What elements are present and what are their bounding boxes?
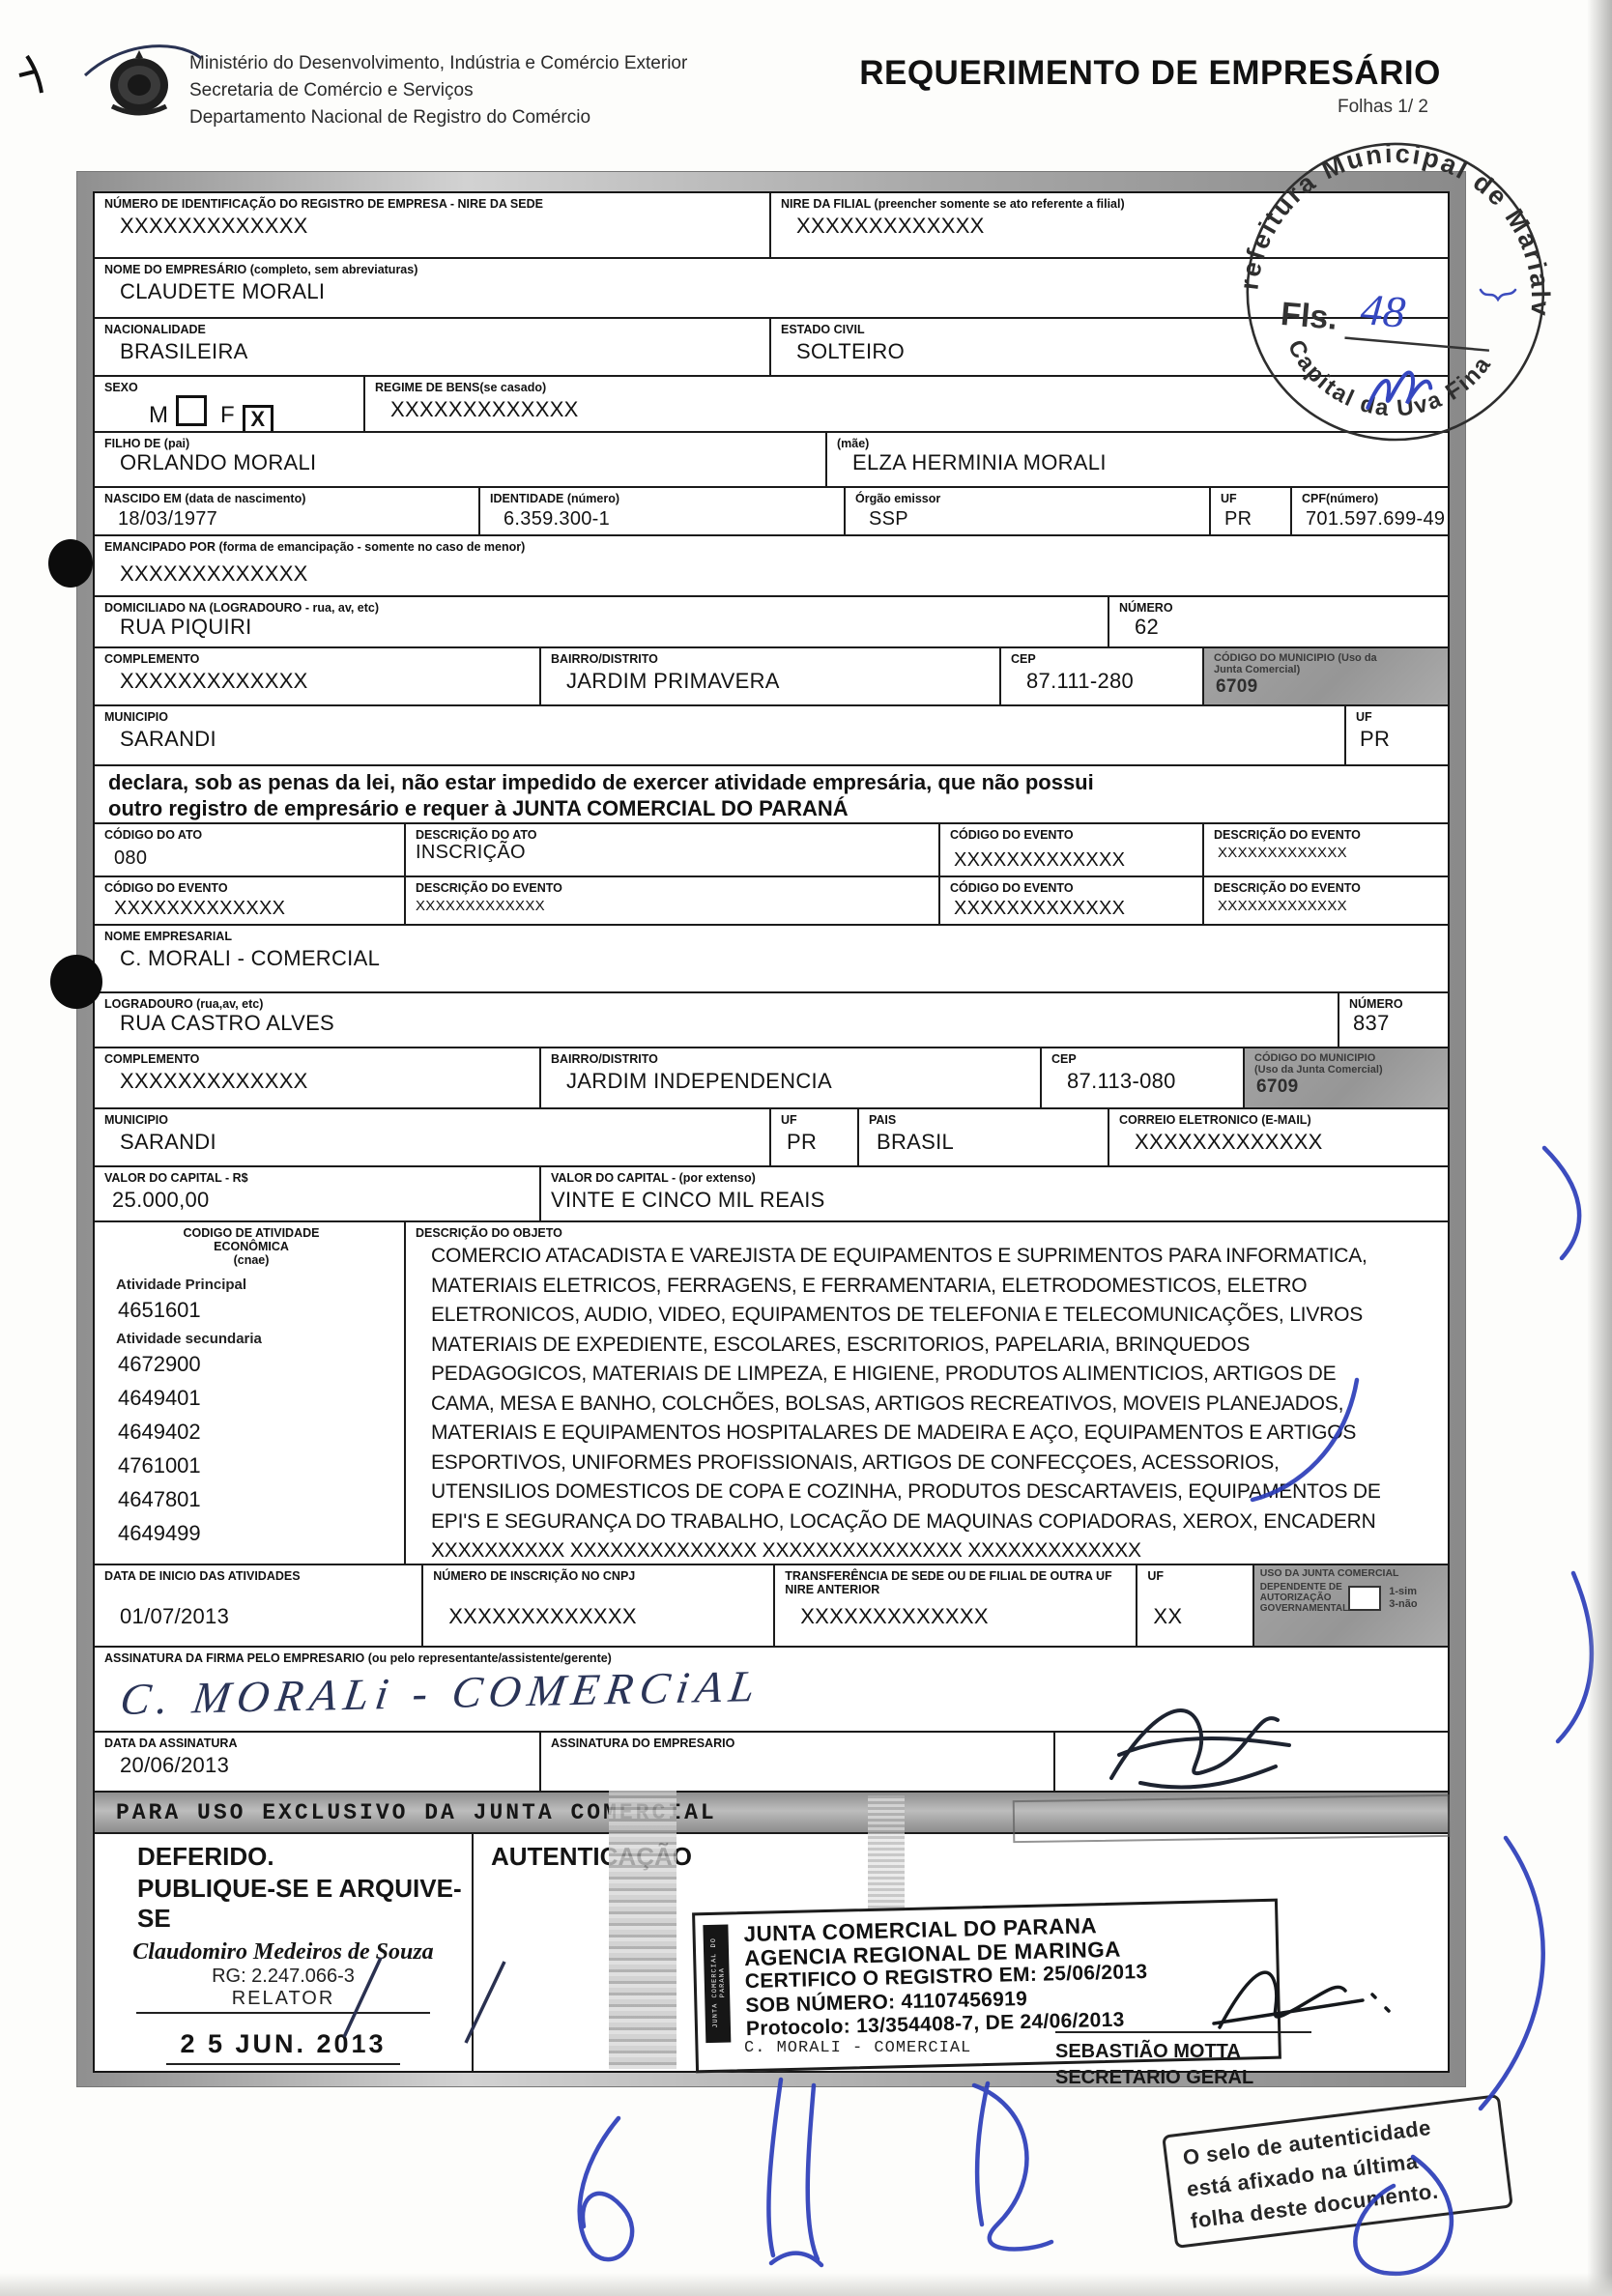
field-label: LOGRADOURO (rua,av, etc) [104,997,1332,1011]
field-data-inicio: DATA DE INICIO DAS ATIVIDADES 01/07/2013 [95,1565,423,1646]
fls-handwritten-value: 48 [1359,284,1407,337]
field-identidade: IDENTIDADE (número) 6.359.300-1 [480,488,846,534]
authenticity-note-stamp: O selo de autenticidade está afixado na … [1162,2094,1513,2249]
field-value: BRASIL [869,1130,1102,1155]
field-label: ASSINATURA DO EMPRESARIO [551,1736,1048,1750]
form-body: NÚMERO DE IDENTIFICAÇÃO DO REGISTRO DE E… [93,191,1450,2073]
field-descricao-evento-3: DESCRIÇÃO DO EVENTO XXXXXXXXXXXXX [1204,877,1448,924]
field-sexo: SEXO MFX [95,377,365,431]
sexo-f-label: F [220,402,235,428]
blue-scribble [768,2080,821,2265]
field-nire-sede: NÚMERO DE IDENTIFICAÇÃO DO REGISTRO DE E… [95,193,771,257]
row-empresa-endereco-2: COMPLEMENTO XXXXXXXXXXXXX BAIRRO/DISTRIT… [95,1048,1448,1109]
field-value: RUA PIQUIRI [104,615,1102,640]
security-strip-small [868,1795,905,1911]
field-label: PAIS [869,1113,1102,1127]
row-municipio: MUNICIPIO SARANDI UF PR [95,706,1448,766]
row-empresa-municipio: MUNICIPIO SARANDI UF PR PAIS BRASIL CORR… [95,1109,1448,1167]
row-nascimento: NASCIDO EM (data de nascimento) 18/03/19… [95,488,1448,536]
field-value: XXXXXXXXXXXXX [104,214,763,239]
field-domicilio-numero: NÚMERO 62 [1109,597,1448,646]
row-filiacao: FILHO DE (pai) ORLANDO MORALI (mãe) ELZA… [95,433,1448,488]
field-cpf: CPF(número) 701.597.699-49 [1292,488,1448,534]
field-label: IDENTIDADE (número) [490,492,838,505]
field-label: DESCRIÇÃO DO OBJETO [416,1226,1442,1240]
row-emancipado: EMANCIPADO POR (forma de emancipação - s… [95,536,1448,597]
uso-junta-content: DEPENDENTE DE AUTORIZAÇÃO GOVERNAMENTAL … [1260,1582,1444,1615]
checkbox-f-checked: X [243,405,273,431]
objeto-text: COMERCIO ATACADISTA E VAREJISTA DE EQUIP… [416,1240,1442,1564]
field-codigo-ato: CÓDIGO DO ATO 080 [95,824,406,875]
ministry-line1: Ministério do Desenvolvimento, Indústria… [189,50,687,77]
field-label: DESCRIÇÃO DO EVENTO [416,881,933,895]
field-value: ORLANDO MORALI [104,450,820,475]
cnae-code: 4672900 [104,1347,398,1381]
field-value: 25.000,00 [104,1188,533,1213]
field-nome-empresarial: NOME EMPRESARIAL C. MORALI - COMERCIAL [95,926,1448,991]
field-value: 87.113-080 [1051,1069,1237,1094]
field-empresa-uf: UF PR [771,1109,859,1165]
field-label: TRANSFERÊNCIA DE SEDE OU DE FILIAL DE OU… [785,1569,1130,1596]
field-empresa-codigo-municipio: CÓDIGO DO MUNICIPIO (Uso da Junta Comerc… [1245,1048,1448,1107]
field-value: PR [1356,727,1442,752]
scanned-form-page: { "colors": {"ink_blue": "#2b3db8", "ink… [0,0,1612,2296]
field-label: UF [1221,492,1284,505]
field-domicilio-logradouro: DOMICILIADO NA (LOGRADOURO - rua, av, et… [95,597,1109,646]
junta-stamp-lines: JUNTA COMERCIAL DO PARANA AGENCIA REGION… [743,1912,1149,2042]
cnae-code: 4649402 [104,1415,398,1449]
fls-underline [1344,338,1488,351]
field-value: ELZA HERMINIA MORALI [837,450,1442,475]
field-label: NÚMERO DE IDENTIFICAÇÃO DO REGISTRO DE E… [104,197,763,211]
field-value: 20/06/2013 [104,1753,533,1778]
sim-label: 1-sim [1389,1586,1417,1597]
field-label: CÓDIGO DO EVENTO [104,881,398,895]
field-label: CÓDIGO DO MUNICIPIO (Uso da Junta Comerc… [1214,652,1442,676]
field-value: XXXXXXXXXXXXX [950,898,1196,920]
field-value: INSCRIÇÃO [416,842,933,864]
field-label: CORREIO ELETRONICO (E-MAIL) [1119,1113,1442,1127]
row-evento: CÓDIGO DO EVENTO XXXXXXXXXXXXX DESCRIÇÃO… [95,877,1448,926]
row-ato: CÓDIGO DO ATO 080 DESCRIÇÃO DO ATO INSCR… [95,824,1448,877]
secretary-title: SECRETARIO GERAL [1055,2065,1311,2091]
field-label: NÚMERO [1349,997,1442,1011]
row-nome-empresarial: NOME EMPRESARIAL C. MORALI - COMERCIAL [95,926,1448,993]
row-empresa-endereco: LOGRADOURO (rua,av, etc) RUA CASTRO ALVE… [95,993,1448,1048]
field-uf-identidade: UF PR [1211,488,1292,534]
field-label: USO DA JUNTA COMERCIAL [1260,1568,1444,1580]
cnae-secundaria-label: Atividade secundaria [104,1331,398,1347]
municipal-round-stamp: Prefeitura Municipal de Marialva Capital… [1222,116,1569,464]
empty-cell [1055,1733,1448,1791]
field-label: MUNICIPIO [104,710,1339,724]
field-value: XXXXXXXXXXXXX [104,669,533,694]
field-empresa-pais: PAIS BRASIL [859,1109,1109,1165]
field-empresa-numero: NÚMERO 837 [1339,993,1448,1047]
deferido-line1: DEFERIDO. [95,1842,472,1872]
cnae-code: 4647801 [104,1482,398,1516]
field-value: 6709 [1214,676,1442,698]
field-assinatura-firma: ASSINATURA DA FIRMA PELO EMPRESARIO (ou … [95,1648,1448,1731]
field-capital: VALOR DO CAPITAL - R$ 25.000,00 [95,1167,541,1220]
field-value: XXXXXXXXXXXXX [1214,845,1442,861]
blue-scribble [974,2083,1051,2249]
junta-stamp-side-text: JUNTA COMERCIAL DO PARANA [709,1930,728,2036]
deferido-line2: PUBLIQUE-SE E ARQUIVE-SE [95,1874,472,1934]
field-value: PR [1221,508,1284,531]
field-value: XXXXXXXXXXXXX [433,1604,767,1629]
ministry-header: Ministério do Desenvolvimento, Indústria… [189,50,687,131]
field-data-assinatura: DATA DA ASSINATURA 20/06/2013 [95,1733,541,1791]
field-descricao-ato: DESCRIÇÃO DO ATO INSCRIÇÃO [406,824,940,875]
field-empresa-municipio: MUNICIPIO SARANDI [95,1109,771,1165]
row-capital: VALOR DO CAPITAL - R$ 25.000,00 VALOR DO… [95,1167,1448,1222]
field-label: DESCRIÇÃO DO EVENTO [1214,881,1442,895]
deferido-box: DEFERIDO. PUBLIQUE-SE E ARQUIVE-SE Claud… [95,1834,474,2071]
field-nascido-em: NASCIDO EM (data de nascimento) 18/03/19… [95,488,480,534]
field-value: 837 [1349,1011,1442,1036]
field-domicilio-cep: CEP 87.111-280 [1001,648,1204,704]
field-label: CÓDIGO DO MUNICIPIO (Uso da Junta Comerc… [1254,1052,1442,1076]
field-label: ASSINATURA DA FIRMA PELO EMPRESARIO (ou … [104,1651,1442,1665]
cnae-principal-code: 4651601 [104,1293,398,1327]
field-empresa-bairro: BAIRRO/DISTRITO JARDIM INDEPENDENCIA [541,1048,1042,1107]
field-label: DESCRIÇÃO DO EVENTO [1214,828,1442,842]
security-strip [609,1791,676,2069]
field-value: 87.111-280 [1011,669,1196,694]
row-domicilio: DOMICILIADO NA (LOGRADOURO - rua, av, et… [95,597,1448,648]
blue-scribble [1481,1838,1543,2109]
field-label: Órgão emissor [855,492,1203,505]
field-value: RUA CASTRO ALVES [104,1011,1332,1036]
row-data-assinatura: DATA DA ASSINATURA 20/06/2013 ASSINATURA… [95,1733,1448,1793]
field-value: VINTE E CINCO MIL REAIS [551,1188,1442,1213]
folhas-counter: Folhas 1/ 2 [1338,97,1428,118]
faint-box [1013,1794,1451,1843]
field-label: CPF(número) [1302,492,1442,505]
typed-company-name: C. MORALI - COMERCIAL [744,2039,971,2057]
field-descricao-evento-2: DESCRIÇÃO DO EVENTO XXXXXXXXXXXXX [406,877,940,924]
coat-of-arms-logo-icon [101,44,176,118]
field-label: CEP [1051,1052,1237,1066]
field-label: DATA DA ASSINATURA [104,1736,533,1750]
ministry-line2: Secretaria de Comércio e Serviços [189,77,687,104]
nao-label: 3-não [1389,1598,1417,1610]
field-label: NACIONALIDADE [104,323,763,336]
field-value: XXXXXXXXXXXXX [104,1069,533,1094]
row-declaracao: declara, sob as penas da lei, não estar … [95,766,1448,824]
field-codigo-evento-1: CÓDIGO DO EVENTO XXXXXXXXXXXXX [940,824,1204,875]
field-label: FILHO DE (pai) [104,437,820,450]
dependente-label: DEPENDENTE DE AUTORIZAÇÃO GOVERNAMENTAL [1260,1582,1348,1615]
field-label: UF [1147,1569,1246,1583]
field-value: 080 [104,847,398,870]
field-empresa-logradouro: LOGRADOURO (rua,av, etc) RUA CASTRO ALVE… [95,993,1339,1047]
junta-stamp-side-bar: JUNTA COMERCIAL DO PARANA [703,1925,731,2044]
cnae-principal-label: Atividade Principal [104,1277,398,1293]
field-assinatura-empresario: ASSINATURA DO EMPRESARIO [541,1733,1055,1791]
row-assinatura-firma: ASSINATURA DA FIRMA PELO EMPRESARIO (ou … [95,1648,1448,1733]
field-objeto: DESCRIÇÃO DO OBJETO COMERCIO ATACADISTA … [406,1222,1448,1564]
field-value: XXXXXXXXXXXXX [104,898,398,920]
field-value: XXXXXXXXXXXXX [416,898,933,914]
ministry-line3: Departamento Nacional de Registro do Com… [189,104,687,131]
relator-name: Claudomiro Medeiros de Souza [95,1939,472,1966]
cnae-code: 4649499 [104,1516,398,1550]
field-value: XX [1147,1604,1246,1629]
field-label: CÓDIGO DO EVENTO [950,881,1196,895]
form-frame: NÚMERO DE IDENTIFICAÇÃO DO REGISTRO DE E… [77,172,1465,2086]
field-value: 701.597.699-49 [1302,508,1442,531]
handwritten-firm-name: C. MORALi - COMERCiAL [117,1660,764,1725]
scan-edge [0,2273,1612,2296]
field-value: 6709 [1254,1076,1442,1098]
field-value: PR [781,1130,851,1155]
date-stamp: 2 5 JUN. 2013 [95,2029,472,2059]
field-label: VALOR DO CAPITAL - R$ [104,1171,533,1185]
field-domicilio-complemento: COMPLEMENTO XXXXXXXXXXXXX [95,648,541,704]
field-codigo-evento-3: CÓDIGO DO EVENTO XXXXXXXXXXXXX [940,877,1204,924]
fls-label: Fls. [1280,296,1339,337]
relator-underline [136,2012,430,2014]
sexo-options: MFX [104,395,358,431]
field-value: JARDIM PRIMAVERA [551,669,993,694]
field-codigo-evento-2: CÓDIGO DO EVENTO XXXXXXXXXXXXX [95,877,406,924]
field-value: JARDIM INDEPENDENCIA [551,1069,1034,1094]
field-value: SARANDI [104,1130,763,1155]
scan-edge [1587,0,1612,2296]
field-value: 62 [1119,615,1442,640]
field-label: UF [781,1113,851,1127]
field-value: 01/07/2013 [104,1604,416,1629]
field-cnpj: NÚMERO DE INSCRIÇÃO NO CNPJ XXXXXXXXXXXX… [423,1565,775,1646]
sexo-m-label: M [149,402,168,428]
field-descricao-evento-1: DESCRIÇÃO DO EVENTO XXXXXXXXXXXXX [1204,824,1448,875]
cnae-code: 4761001 [104,1449,398,1482]
field-value: SARANDI [104,727,1339,752]
field-pai: FILHO DE (pai) ORLANDO MORALI [95,433,825,486]
field-capital-extenso: VALOR DO CAPITAL - (por extenso) VINTE E… [541,1167,1448,1220]
secretary-name: SEBASTIÃO MOTTA [1055,2039,1311,2065]
field-domicilio-municipio: MUNICIPIO SARANDI [95,706,1346,764]
field-value: BRASILEIRA [104,339,763,364]
field-label: DATA DE INICIO DAS ATIVIDADES [104,1569,416,1583]
field-label: NASCIDO EM (data de nascimento) [104,492,473,505]
field-label: BAIRRO/DISTRITO [551,1052,1034,1066]
checkbox-m-unchecked [176,395,207,426]
field-orgao-emissor: Órgão emissor SSP [846,488,1211,534]
field-empresa-cep: CEP 87.113-080 [1042,1048,1245,1107]
declaration-text: declara, sob as penas da lei, não estar … [95,766,1448,822]
secretary-block: SEBASTIÃO MOTTA SECRETARIO GERAL [1055,2031,1311,2091]
field-label: NÚMERO DE INSCRIÇÃO NO CNPJ [433,1569,767,1583]
field-domicilio-uf: UF PR [1346,706,1448,764]
field-label: EMANCIPADO POR (forma de emancipação - s… [104,540,1442,554]
field-email: CORREIO ELETRONICO (E-MAIL) XXXXXXXXXXXX… [1109,1109,1448,1165]
field-domicilio-bairro: BAIRRO/DISTRITO JARDIM PRIMAVERA [541,648,1001,704]
field-emancipado: EMANCIPADO POR (forma de emancipação - s… [95,536,1448,595]
field-label: CODIGO DE ATIVIDADE ECONÔMICA (cnae) [104,1226,398,1267]
field-value: 6.359.300-1 [490,508,838,531]
field-label: NOME EMPRESARIAL [104,930,1442,943]
field-transferencia-uf: UF XX [1137,1565,1253,1646]
field-label: UF [1356,710,1442,724]
page-title: REQUERIMENTO DE EMPRESÁRIO [812,54,1488,93]
field-cnae: CODIGO DE ATIVIDADE ECONÔMICA (cnae) Ati… [95,1222,406,1564]
field-label: COMPLEMENTO [104,652,533,666]
field-value: XXXXXXXXXXXXX [104,561,1442,587]
field-label: SEXO [104,381,358,394]
row-cnae-objeto: CODIGO DE ATIVIDADE ECONÔMICA (cnae) Ati… [95,1222,1448,1565]
field-label: BAIRRO/DISTRITO [551,652,993,666]
row-domicilio-2: COMPLEMENTO XXXXXXXXXXXXX BAIRRO/DISTRIT… [95,648,1448,706]
field-value: XXXXXXXXXXXXX [950,849,1196,872]
field-value: XXXXXXXXXXXXX [1119,1130,1442,1155]
field-label: CEP [1011,652,1196,666]
field-label: COMPLEMENTO [104,1052,533,1066]
field-label: CÓDIGO DO ATO [104,828,398,842]
field-value: XXXXXXXXXXXXX [1214,898,1442,914]
row-inicio-atividades: DATA DE INICIO DAS ATIVIDADES 01/07/2013… [95,1565,1448,1648]
field-nacionalidade: NACIONALIDADE BRASILEIRA [95,319,771,375]
field-label: DOMICILIADO NA (LOGRADOURO - rua, av, et… [104,601,1102,615]
date-underline [166,2063,400,2065]
blue-scribble [1544,1148,1579,1258]
field-label: NÚMERO [1119,601,1442,615]
relator-cargo: RELATOR [95,1988,472,2010]
field-value: XXXXXXXXXXXXX [785,1604,1130,1629]
checkbox-autorizacao-unchecked [1348,1586,1381,1611]
field-uso-junta: USO DA JUNTA COMERCIAL DEPENDENTE DE AUT… [1254,1565,1448,1646]
field-label: MUNICIPIO [104,1113,763,1127]
field-value: C. MORALI - COMERCIAL [104,946,1442,971]
blue-scribble [580,2118,632,2259]
field-codigo-municipio: CÓDIGO DO MUNICIPIO (Uso da Junta Comerc… [1204,648,1448,704]
cnae-code: 4649401 [104,1381,398,1415]
pen-mark [19,56,42,93]
relator-rg: RG: 2.247.066-3 [95,1966,472,1988]
sim-nao-labels: 1-sim 3-não [1389,1586,1417,1610]
field-empresa-complemento: COMPLEMENTO XXXXXXXXXXXXX [95,1048,541,1107]
field-label: DESCRIÇÃO DO ATO [416,828,933,842]
field-label: VALOR DO CAPITAL - (por extenso) [551,1171,1442,1185]
field-transferencia: TRANSFERÊNCIA DE SEDE OU DE FILIAL DE OU… [775,1565,1137,1646]
field-value: SSP [855,508,1203,531]
field-label: CÓDIGO DO EVENTO [950,828,1196,842]
field-value: 18/03/1977 [104,508,473,531]
